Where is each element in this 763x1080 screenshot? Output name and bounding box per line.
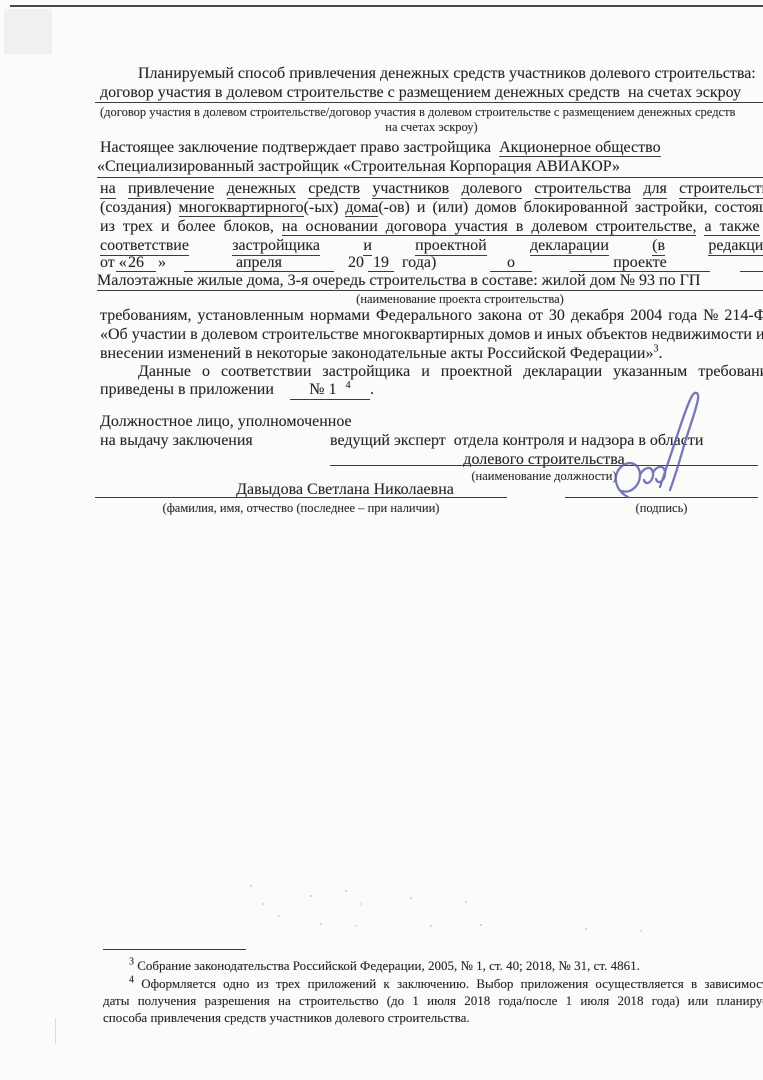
planned-method-hint-2: на счетах эскроу) <box>100 120 763 135</box>
text-seg-underlined: многоквартирного <box>179 199 304 217</box>
text-seg: из трех и более блоков, <box>100 218 282 235</box>
planned-method-hint-1: (договор участия в долевом строительстве… <box>100 105 735 120</box>
word: привлечение <box>128 179 215 199</box>
year-suffix: года) <box>402 253 436 272</box>
appendix-value: № 1 <box>309 381 336 398</box>
text-seg-underlined: на основании договора участия в долевом … <box>282 218 697 236</box>
word: строительства <box>534 179 631 199</box>
project-name: Малоэтажные жилые дома, 3-я очередь стро… <box>97 271 763 291</box>
construction-word: строительства <box>740 253 763 272</box>
blocked-houses-line: (создания) многоквартирного(-ых) дома(-о… <box>100 198 763 217</box>
appendix-number: № 14 <box>290 380 370 400</box>
word: для <box>643 179 666 199</box>
attract-funds-line: на привлечение денежных средств участник… <box>100 179 763 199</box>
word: долевого <box>461 179 522 199</box>
signature-image <box>598 383 720 511</box>
footnote-4-line2: даты получения разрешения на строительст… <box>103 992 763 1009</box>
year-century: 20 <box>348 253 364 272</box>
month-value: апреля <box>184 253 334 272</box>
footnote-4-marker: 4 <box>346 380 351 391</box>
scan-speckles <box>250 885 252 887</box>
year-value: 19 <box>368 253 394 272</box>
text-seg: . <box>370 381 374 398</box>
footnote-4-line1: 4 Оформляется одно из трех приложений к … <box>103 975 763 992</box>
law-reference-line3: внесении изменений в некоторые законодат… <box>100 344 662 363</box>
word: средств <box>308 179 360 199</box>
word: на <box>100 179 116 199</box>
footnote-4-line3: способа привлечения средств участников д… <box>103 1009 470 1026</box>
project-name-hint: (наименование проекта строительства) <box>100 292 763 307</box>
law-reference-line2: «Об участии в долевом строительстве мног… <box>100 325 763 344</box>
declaration-date-line: от « 26 » апреля 20 19 года) о проекте с… <box>100 253 763 272</box>
footnote-3-text: Собрание законодательства Российской Фед… <box>134 958 640 973</box>
project-word: проекте <box>570 253 710 272</box>
word: участников <box>372 179 449 199</box>
footnote-3: 3 Собрание законодательства Российской Ф… <box>103 957 640 974</box>
about-word: о <box>490 253 532 272</box>
text-seg: (-ых) <box>304 199 346 216</box>
confirm-lead-line: Настоящее заключение подтверждает право … <box>100 138 661 157</box>
scan-edge-artifact <box>55 1018 56 1044</box>
name-underline <box>95 497 507 498</box>
appendix-number-line: приведены в приложении№ 14. <box>100 380 374 400</box>
footnote-4-text1: Оформляется одно из трех приложений к за… <box>134 976 763 991</box>
confirm-lead: Настоящее заключение подтверждает право … <box>100 139 499 156</box>
contract-basis-line: из трех и более блоков, на основании дог… <box>100 217 760 236</box>
footnote-separator <box>103 949 246 950</box>
scan-corner-artifact <box>4 9 52 54</box>
text-seg: приведены в приложении <box>100 381 274 398</box>
law-reference-line1: требованиям, установленным нормами Федер… <box>100 306 763 325</box>
planned-method-value: договор участия в долевом строительстве … <box>95 83 763 103</box>
text-seg: на выдачу заключения <box>100 432 253 449</box>
scan-top-edge-line <box>10 5 763 7</box>
text-seg: внесении изменений в некоторые законодат… <box>100 345 653 362</box>
planned-method-title: Планируемый способ привлечения денежных … <box>100 64 756 83</box>
day-value: 26 <box>116 253 156 272</box>
text-seg: (создания) <box>100 199 179 216</box>
name-hint: (фамилия, имя, отчество (последнее – при… <box>95 501 507 516</box>
text-seg-underlined: дома <box>345 199 378 217</box>
developer-name-line2: «Специализированный застройщик «Строител… <box>97 157 763 178</box>
word: денежных <box>227 179 296 199</box>
text-seg: . <box>658 345 662 362</box>
text-seg-underlined: а также <box>704 218 759 236</box>
document-page: Планируемый способ привлечения денежных … <box>0 0 763 1080</box>
word: строительства <box>679 179 763 199</box>
text-seg: (-ов) и (или) домов блокированной застро… <box>378 199 763 216</box>
appendix-lead-line: Данные о соответствии застройщика и прое… <box>100 362 763 381</box>
official-title-line1: Должностное лицо, уполномоченное <box>100 412 352 431</box>
developer-name-line1: Акционерное общество <box>499 139 660 157</box>
date-quote: » <box>158 253 166 272</box>
